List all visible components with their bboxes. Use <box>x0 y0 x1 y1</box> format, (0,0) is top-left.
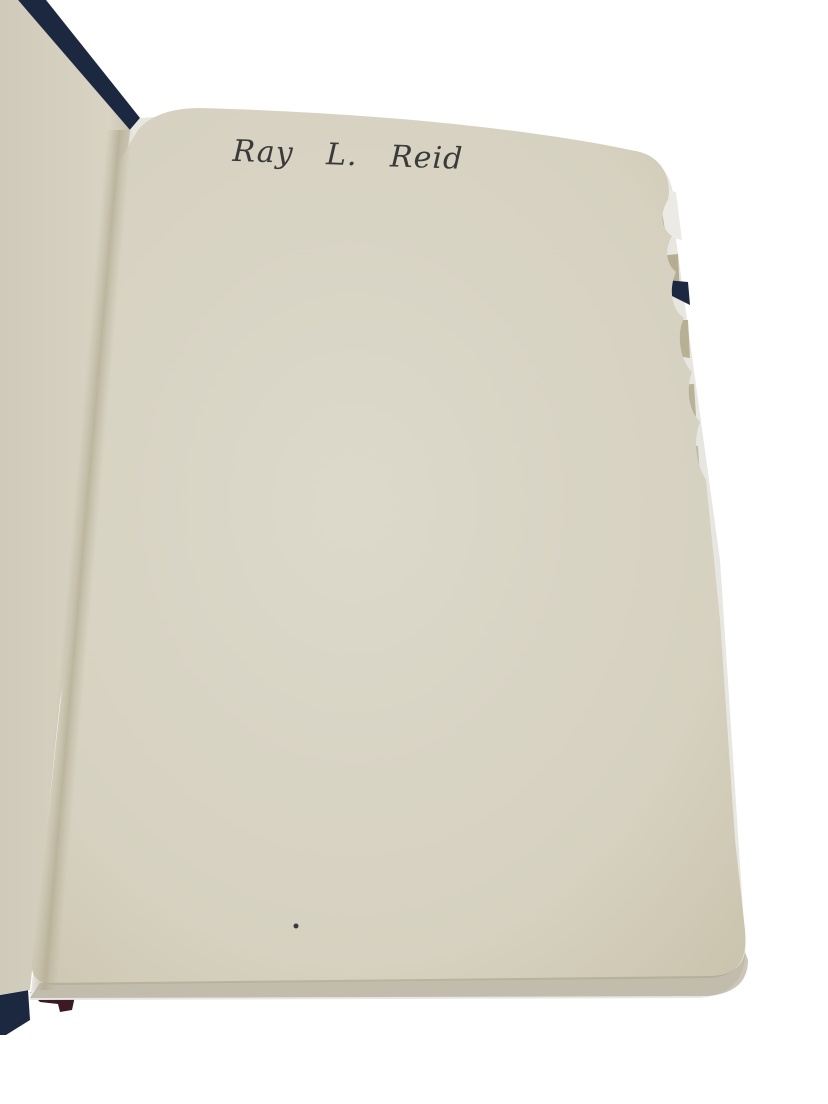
right-page <box>32 108 746 985</box>
handwritten-signature: Ray L. Reid <box>231 134 473 206</box>
notebook-photo: Ray L. Reid <box>0 0 828 1104</box>
cover-bottom <box>0 990 30 1035</box>
paper-speck <box>294 924 299 929</box>
